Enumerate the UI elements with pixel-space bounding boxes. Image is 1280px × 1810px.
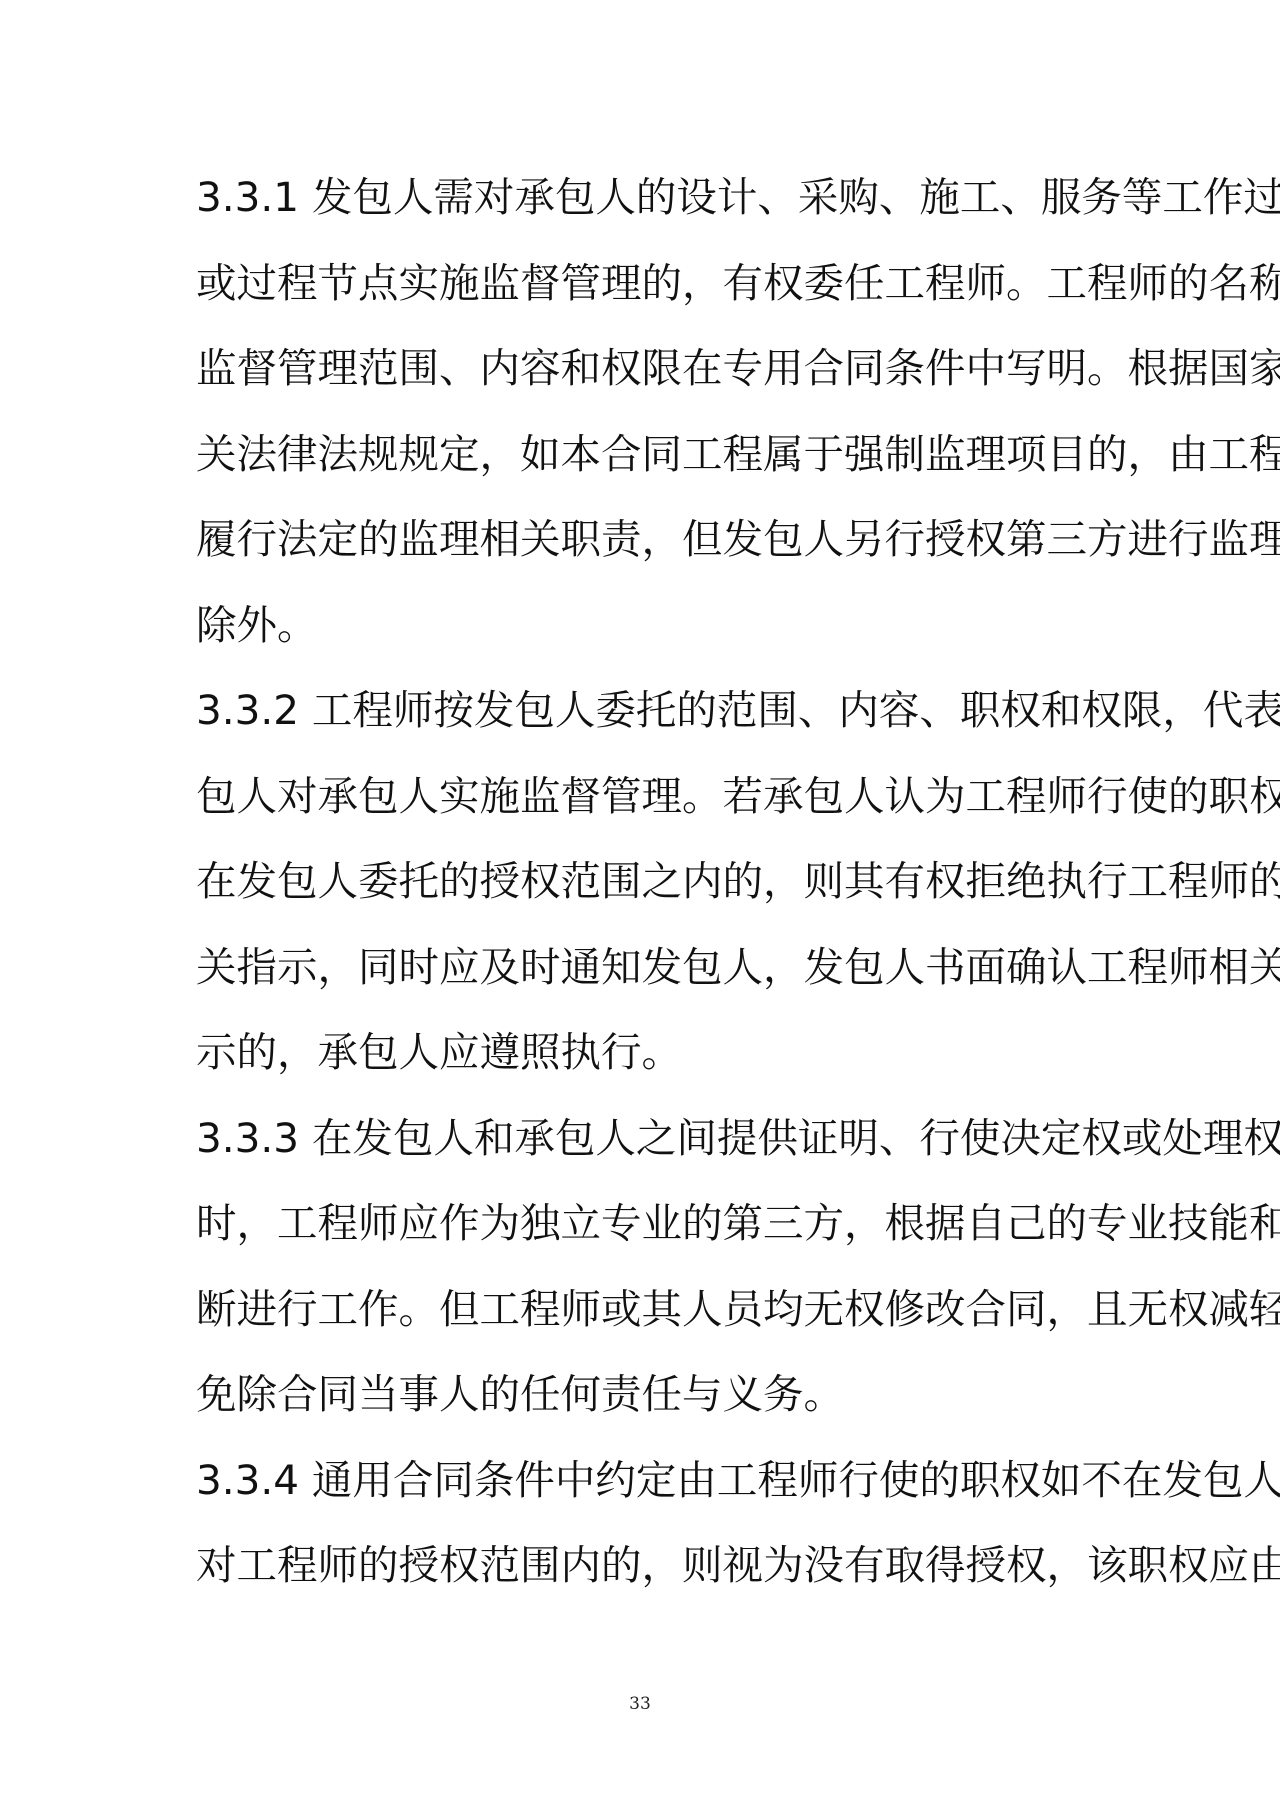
text-line: 履行法定的监理相关职责，但发包人另行授权第三方进行监理的 (196, 497, 1096, 583)
text-line: 3.3.4 通用合同条件中约定由工程师行使的职权如不在发包人 (196, 1438, 1096, 1524)
paragraph-3-3-2: 3.3.2 工程师按发包人委托的范围、内容、职权和权限，代表发 包人对承包人实施… (196, 668, 1096, 1096)
text-line: 时，工程师应作为独立专业的第三方，根据自己的专业技能和判 (196, 1181, 1096, 1267)
text-line: 3.3.3 在发包人和承包人之间提供证明、行使决定权或处理权 (196, 1096, 1096, 1182)
page-number: 33 (0, 1694, 1280, 1714)
text-line: 或过程节点实施监督管理的，有权委任工程师。工程师的名称、 (196, 241, 1096, 327)
text-line: 对工程师的授权范围内的，则视为没有取得授权，该职权应由发 (196, 1523, 1096, 1609)
text-line: 在发包人委托的授权范围之内的，则其有权拒绝执行工程师的相 (196, 839, 1096, 925)
text-line: 断进行工作。但工程师或其人员均无权修改合同，且无权减轻或 (196, 1267, 1096, 1353)
text-line: 免除合同当事人的任何责任与义务。 (196, 1352, 1096, 1438)
text-line: 关法律法规规定，如本合同工程属于强制监理项目的，由工程师 (196, 412, 1096, 498)
text-line: 包人对承包人实施监督管理。若承包人认为工程师行使的职权不 (196, 754, 1096, 840)
paragraph-3-3-4: 3.3.4 通用合同条件中约定由工程师行使的职权如不在发包人 对工程师的授权范围… (196, 1438, 1096, 1609)
text-line: 除外。 (196, 583, 1096, 669)
text-line: 3.3.2 工程师按发包人委托的范围、内容、职权和权限，代表发 (196, 668, 1096, 754)
paragraph-3-3-3: 3.3.3 在发包人和承包人之间提供证明、行使决定权或处理权 时，工程师应作为独… (196, 1096, 1096, 1438)
text-line: 监督管理范围、内容和权限在专用合同条件中写明。根据国家相 (196, 326, 1096, 412)
paragraph-3-3-1: 3.3.1 发包人需对承包人的设计、采购、施工、服务等工作过程 或过程节点实施监… (196, 155, 1096, 668)
text-line: 关指示，同时应及时通知发包人，发包人书面确认工程师相关指 (196, 925, 1096, 1011)
document-body: 3.3.1 发包人需对承包人的设计、采购、施工、服务等工作过程 或过程节点实施监… (196, 155, 1096, 1609)
text-line: 示的，承包人应遵照执行。 (196, 1010, 1096, 1096)
text-line: 3.3.1 发包人需对承包人的设计、采购、施工、服务等工作过程 (196, 155, 1096, 241)
